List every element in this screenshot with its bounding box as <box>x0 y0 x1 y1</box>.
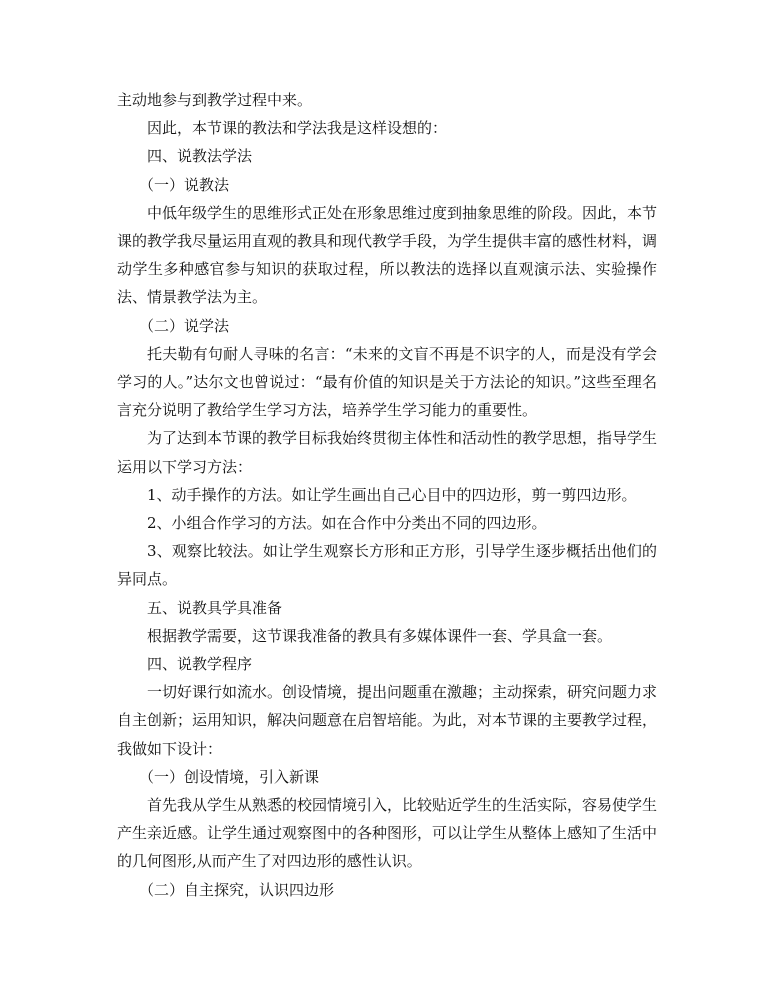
list-item-group-work: 2、小组合作学习的方法。如在合作中分类出不同的四边形。 <box>117 509 657 537</box>
paragraph-teaching-method: 中低年级学生的思维形式正处在形象思维过度到抽象思维的阶段。因此，本节课的教学我尽… <box>117 199 657 312</box>
paragraph-quotes: 托夫勒有句耐人寻味的名言：“未来的文盲不再是不识字的人，而是没有学会学习的人。”… <box>117 340 657 425</box>
subheading-teaching-method: （一）说教法 <box>117 171 657 199</box>
section-heading-materials: 五、说教具学具准备 <box>117 594 657 622</box>
paragraph-procedure: 一切好课行如流水。创设情境，提出问题重在激趣；主动探索，研究问题力求自主创新；运… <box>117 678 657 763</box>
subheading-learning-method: （二）说学法 <box>117 312 657 340</box>
list-item-hands-on: 1、动手操作的方法。如让学生画出自己心目中的四边形，剪一剪四边形。 <box>117 481 657 509</box>
document-page: 主动地参与到教学过程中来。 因此，本节课的教法和学法我是这样设想的： 四、说教法… <box>117 86 657 904</box>
section-heading-teaching-methods: 四、说教法学法 <box>117 142 657 170</box>
paragraph-materials: 根据教学需要，这节课我准备的教具有多媒体课件一套、学具盒一套。 <box>117 622 657 650</box>
paragraph-learning-goals: 为了达到本节课的教学目标我始终贯彻主体性和活动性的教学思想，指导学生运用以下学习… <box>117 424 657 480</box>
paragraph-intro: 因此，本节课的教法和学法我是这样设想的： <box>117 114 657 142</box>
subheading-self-explore: （二）自主探究，认识四边形 <box>117 876 657 904</box>
paragraph-create-scenario: 首先我从学生从熟悉的校园情境引入，比较贴近学生的生活实际，容易使学生产生亲近感。… <box>117 791 657 876</box>
subheading-create-scenario: （一）创设情境，引入新课 <box>117 763 657 791</box>
section-heading-procedure: 四、说教学程序 <box>117 650 657 678</box>
list-item-compare: 3、观察比较法。如让学生观察长方形和正方形，引导学生逐步概括出他们的异同点。 <box>117 537 657 593</box>
paragraph-continuation: 主动地参与到教学过程中来。 <box>117 86 657 114</box>
